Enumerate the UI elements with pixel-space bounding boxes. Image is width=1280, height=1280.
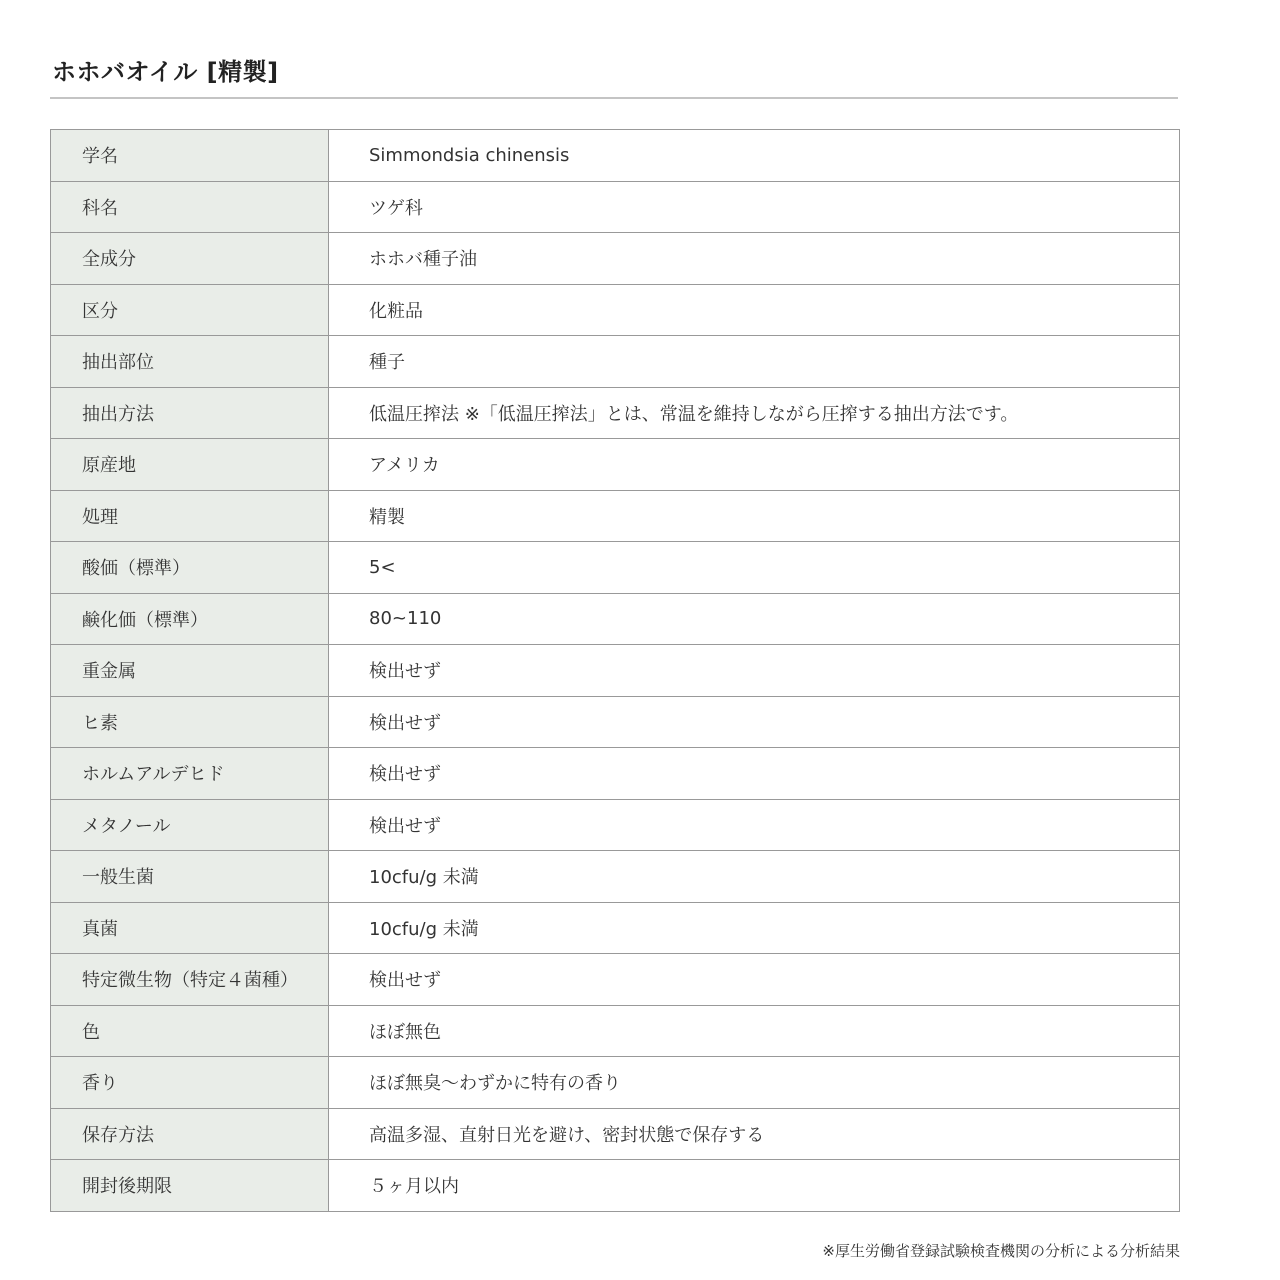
- table-row: 鹸化価（標準）80~110: [51, 593, 1180, 645]
- row-label: 原産地: [51, 439, 329, 491]
- row-value: 検出せず: [329, 954, 1180, 1006]
- table-row: 原産地アメリカ: [51, 439, 1180, 491]
- row-label: 真菌: [51, 902, 329, 954]
- row-value: アメリカ: [329, 439, 1180, 491]
- table-row: 学名Simmondsia chinensis: [51, 130, 1180, 182]
- row-label: 全成分: [51, 233, 329, 285]
- row-label: ヒ素: [51, 696, 329, 748]
- table-row: ホルムアルデヒド検出せず: [51, 748, 1180, 800]
- row-value: 10cfu/g 未満: [329, 851, 1180, 903]
- row-value: 検出せず: [329, 645, 1180, 697]
- page-title: ホホバオイル [精製]: [52, 52, 279, 87]
- row-label: メタノール: [51, 799, 329, 851]
- row-label: 保存方法: [51, 1108, 329, 1160]
- row-value: 化粧品: [329, 284, 1180, 336]
- row-label: 鹸化価（標準）: [51, 593, 329, 645]
- table-row: 開封後期限５ヶ月以内: [51, 1160, 1180, 1212]
- row-value: ホホバ種子油: [329, 233, 1180, 285]
- row-value: ５ヶ月以内: [329, 1160, 1180, 1212]
- row-label: 科名: [51, 181, 329, 233]
- row-value: 精製: [329, 490, 1180, 542]
- table-row: 香りほぼ無臭～わずかに特有の香り: [51, 1057, 1180, 1109]
- table-row: 区分化粧品: [51, 284, 1180, 336]
- row-label: 抽出部位: [51, 336, 329, 388]
- row-label: 開封後期限: [51, 1160, 329, 1212]
- table-row: 抽出方法低温圧搾法 ※「低温圧搾法」とは、常温を維持しながら圧搾する抽出方法です…: [51, 387, 1180, 439]
- row-label: 区分: [51, 284, 329, 336]
- table-row: 抽出部位種子: [51, 336, 1180, 388]
- title-divider: [50, 97, 1178, 99]
- table-row: ヒ素検出せず: [51, 696, 1180, 748]
- row-label: 学名: [51, 130, 329, 182]
- table-row: 一般生菌10cfu/g 未満: [51, 851, 1180, 903]
- row-value: Simmondsia chinensis: [329, 130, 1180, 182]
- row-value: 検出せず: [329, 748, 1180, 800]
- row-label: 特定微生物（特定４菌種）: [51, 954, 329, 1006]
- analysis-footnote: ※厚生労働省登録試験検査機関の分析による分析結果: [822, 1240, 1180, 1261]
- table-row: 科名ツゲ科: [51, 181, 1180, 233]
- table-row: 酸価（標準）5<: [51, 542, 1180, 594]
- spec-table-body: 学名Simmondsia chinensis科名ツゲ科全成分ホホバ種子油区分化粧…: [51, 130, 1180, 1212]
- row-label: 重金属: [51, 645, 329, 697]
- table-row: 特定微生物（特定４菌種）検出せず: [51, 954, 1180, 1006]
- row-value: ほぼ無色: [329, 1005, 1180, 1057]
- table-row: 保存方法高温多湿、直射日光を避け、密封状態で保存する: [51, 1108, 1180, 1160]
- row-value: ツゲ科: [329, 181, 1180, 233]
- row-value: 5<: [329, 542, 1180, 594]
- row-value: 10cfu/g 未満: [329, 902, 1180, 954]
- row-value: 種子: [329, 336, 1180, 388]
- table-row: 真菌10cfu/g 未満: [51, 902, 1180, 954]
- table-row: 処理精製: [51, 490, 1180, 542]
- table-row: 全成分ホホバ種子油: [51, 233, 1180, 285]
- table-row: 色ほぼ無色: [51, 1005, 1180, 1057]
- row-value: 検出せず: [329, 799, 1180, 851]
- table-row: 重金属検出せず: [51, 645, 1180, 697]
- row-value: 低温圧搾法 ※「低温圧搾法」とは、常温を維持しながら圧搾する抽出方法です。: [329, 387, 1180, 439]
- row-label: 処理: [51, 490, 329, 542]
- spec-table: 学名Simmondsia chinensis科名ツゲ科全成分ホホバ種子油区分化粧…: [50, 129, 1180, 1212]
- table-row: メタノール検出せず: [51, 799, 1180, 851]
- row-label: 色: [51, 1005, 329, 1057]
- row-value: ほぼ無臭～わずかに特有の香り: [329, 1057, 1180, 1109]
- row-label: 抽出方法: [51, 387, 329, 439]
- row-label: ホルムアルデヒド: [51, 748, 329, 800]
- row-label: 一般生菌: [51, 851, 329, 903]
- row-value: 80~110: [329, 593, 1180, 645]
- row-value: 高温多湿、直射日光を避け、密封状態で保存する: [329, 1108, 1180, 1160]
- row-value: 検出せず: [329, 696, 1180, 748]
- row-label: 酸価（標準）: [51, 542, 329, 594]
- row-label: 香り: [51, 1057, 329, 1109]
